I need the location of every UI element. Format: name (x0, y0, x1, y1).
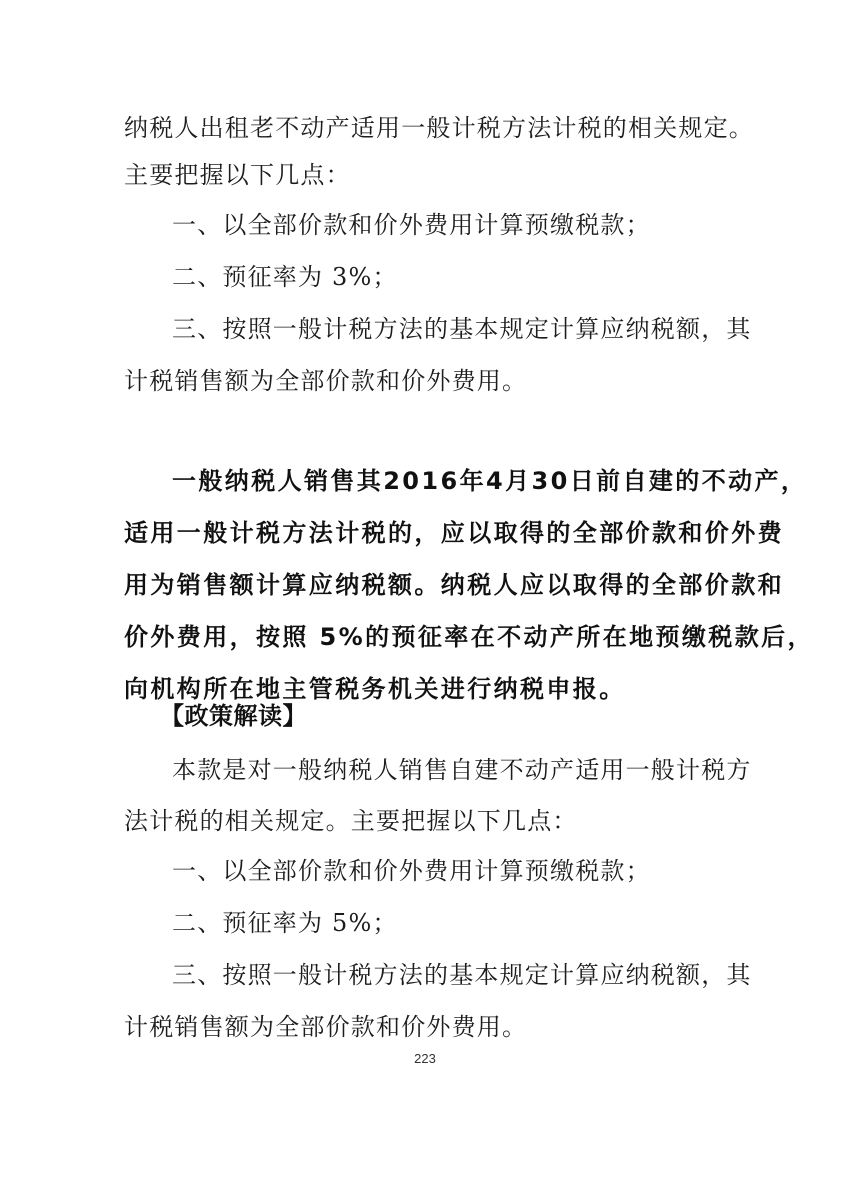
provision-line-2: 适用一般计税方法计税的，应以取得的全部价款和价外费 (124, 518, 784, 548)
section2-point-3-continued: 计税销售额为全部价款和价外费用。 (124, 1012, 527, 1042)
provision-line-5: 向机构所在地主管税务机关进行纳税申报。 (124, 674, 626, 704)
page-number: 223 (0, 1051, 850, 1066)
section1-point-3: 三、按照一般计税方法的基本规定计算应纳税额，其 (172, 314, 752, 344)
provision-line-3: 用为销售额计算应纳税额。纳税人应以取得的全部价款和 (124, 570, 784, 600)
document-page: 纳税人出租老不动产适用一般计税方法计税的相关规定。 主要把握以下几点： 一、以全… (0, 0, 850, 1202)
section1-intro-line-1: 纳税人出租老不动产适用一般计税方法计税的相关规定。 (124, 113, 754, 143)
section1-point-1: 一、以全部价款和价外费用计算预缴税款； (172, 210, 651, 240)
provision-line-1: 一般纳税人销售其2016年4月30日前自建的不动产， (172, 466, 807, 496)
interpretation-line-2: 法计税的相关规定。主要把握以下几点： (124, 806, 578, 836)
section2-point-2: 二、预征率为 5%； (172, 908, 398, 938)
provision-line-4: 价外费用，按照 5%的预征率在不动产所在地预缴税款后， (124, 622, 814, 652)
section2-point-3: 三、按照一般计税方法的基本规定计算应纳税额，其 (172, 960, 752, 990)
section1-intro-line-2: 主要把握以下几点： (124, 160, 351, 190)
section1-point-2: 二、预征率为 3%； (172, 262, 398, 292)
interpretation-line-1: 本款是对一般纳税人销售自建不动产适用一般计税方 (172, 755, 752, 785)
section2-point-1: 一、以全部价款和价外费用计算预缴税款； (172, 856, 651, 886)
interpretation-heading: 【政策解读】 (160, 701, 307, 731)
section1-point-3-continued: 计税销售额为全部价款和价外费用。 (124, 366, 527, 396)
